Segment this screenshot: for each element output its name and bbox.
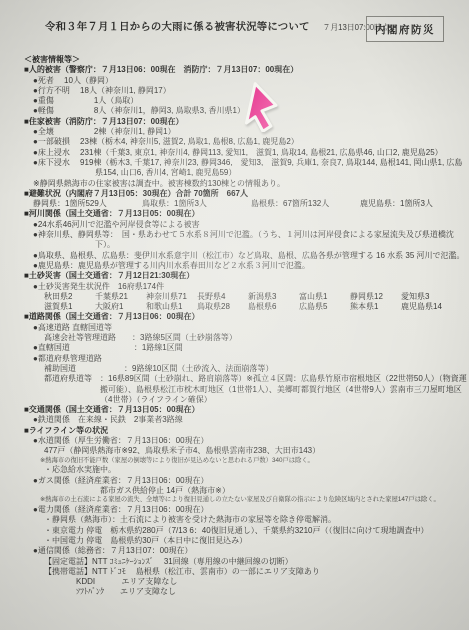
doc-line: ・応急給水実施中。 — [0, 465, 469, 475]
doc-line: ■河川関係（国土交通省：７月13日05：00現在） — [0, 209, 469, 219]
doc-cell: 新潟県3 — [248, 292, 299, 302]
doc-line: 【固定電話】NTT ｺﾐｭﾆｹｰｼｮﾝｽﾞ 31回線（専用線の中継回線の切断） — [0, 557, 469, 567]
doc-cell: 和歌山県1 — [146, 302, 197, 312]
doc-cell: 神奈川県71 — [146, 292, 197, 302]
doc-line: ●一部破損 23棟（栃木4, 神奈川5, 滋賀2, 鳥取1, 島根8, 広島1,… — [0, 137, 469, 147]
pink-cursor-arrow-icon — [233, 82, 289, 132]
doc-line: ●電力関係（経済産業省：７月13日06：00現在） — [0, 505, 469, 515]
doc-cell: 秋田県2 — [44, 292, 95, 302]
doc-line: ●床上浸水 231棟（千葉3, 東京1, 神奈川4, 静岡113, 愛知1, 滋… — [0, 148, 469, 158]
doc-line: ・静岡県（熱海市）：土石流により被害を受けた熱海市の家屋等を除き停電解消。 — [0, 515, 469, 525]
document-header: 令和３年７月１日からの大雨に係る被害状況等について７月13日07:00時点 内閣… — [0, 0, 469, 47]
doc-line: 都市ガス供給停止 14戸（熱海市※） — [0, 486, 469, 496]
doc-line: ●床下浸水 919棟（栃木3, 千葉17, 神奈川23, 静岡346, 愛知3,… — [0, 158, 469, 179]
doc-cell: 鹿児島県：1箇所3人 — [360, 199, 469, 209]
doc-cell: 滋賀県1 — [44, 302, 95, 312]
doc-line: 滋賀県1大阪府1和歌山県1鳥取県28島根県6広島県5熊本県1鹿児島県14 — [0, 302, 469, 312]
doc-line: ｿﾌﾄﾊﾞﾝｸ エリア支障なし — [0, 587, 469, 597]
doc-line: ■交通関係（国土交通省：７月13日05：00現在） — [0, 405, 469, 415]
doc-line: ●鹿児島県：鹿児島県が管理する川内川水系春田川など２水系３河川で氾濫。 — [0, 261, 469, 271]
doc-line: ・中国電力 停電 島根県約30戸（本日中に復旧見込み） — [0, 536, 469, 546]
page-title: 令和３年７月１日からの大雨に係る被害状況等について — [45, 22, 310, 33]
doc-cell: 愛知県3 — [401, 292, 452, 302]
doc-line: ■ライフライン等の状況 — [0, 426, 469, 436]
doc-cell: 大阪府1 — [95, 302, 146, 312]
doc-cell: 富山県1 — [299, 292, 350, 302]
doc-line: ■土砂災害（国土交通省：７月12日21:30現在） — [0, 271, 469, 281]
cabinet-office-badge: 内閣府防災 — [366, 16, 444, 42]
document-photo: 令和３年７月１日からの大雨に係る被害状況等について７月13日07:00時点 内閣… — [0, 0, 469, 630]
doc-line: 高速会社等管理道路 ：3路線5区間（土砂崩落等） — [0, 333, 469, 343]
doc-line: ＜被害情報等＞ — [0, 55, 469, 65]
doc-line: KDDI エリア支障なし — [0, 577, 469, 587]
doc-line: ●水道関係（厚生労働省：７月13日06：00現在） — [0, 436, 469, 446]
doc-line: ■人的被害（警察庁：７月13日06：00現在 消防庁：７月13日07：00現在） — [0, 65, 469, 75]
doc-cell: 長野県4 — [197, 292, 248, 302]
doc-line: ■避難状況（内閣府７月13日05：30現在）合計 70箇所 667人 — [0, 189, 469, 199]
doc-line: ●土砂災害発生状況件 16府県174件 — [0, 282, 469, 292]
doc-line: ●鉄道関係 在来線・民鉄 2事業者3路線 — [0, 415, 469, 425]
doc-line: 477戸（静岡県熱海市※92、鳥取県米子市4、島根県雲南市238、大田市143） — [0, 446, 469, 456]
doc-line: ●神奈川県、静岡県等： 国・県あわせて５水系８河川で氾濫。（うち、１河川は河岸侵… — [0, 230, 469, 251]
doc-line: ●ガス関係（経済産業省：７月13日06：00現在） — [0, 476, 469, 486]
doc-line: ●高速道路 直轄国道等 — [0, 323, 469, 333]
doc-cell: 鹿児島県14 — [401, 302, 452, 312]
doc-cell: 鳥取県：1箇所3人 — [142, 199, 251, 209]
doc-line: ●通信関係（総務省：７月13日07：00現在） — [0, 546, 469, 556]
doc-line: ●24水系46河川で氾濫や河岸侵食等による被害 — [0, 220, 469, 230]
doc-line: ●鳥取県、島根県、広島県：斐伊川水系意宇川（松江市）など鳥取、島根、広島各県が管… — [0, 251, 469, 261]
doc-line: 静岡県：1箇所529人鳥取県：1箇所3人島根県：67箇所132人鹿児島県：1箇所… — [0, 199, 469, 209]
doc-line: 都道府県道等 ：16県89区間（土砂崩れ、路肩崩落等）※孤立４区間：広島県竹原市… — [0, 374, 469, 405]
doc-line: 秋田県2千葉県21神奈川県71長野県4新潟県3富山県1静岡県12愛知県3 — [0, 292, 469, 302]
doc-cell: 島根県：67箇所132人 — [251, 199, 360, 209]
doc-cell: 鳥取県28 — [197, 302, 248, 312]
doc-line: 【携帯電話】NTT ﾄﾞｺﾓ 島根県（松江市、雲南市）の一部にエリア支障あり — [0, 567, 469, 577]
doc-line: ●都道府県管理道路 — [0, 354, 469, 364]
doc-line: ・東京電力 停電 栃木県約280戸（7/13 6：40復旧見通し）、千葉県約32… — [0, 526, 469, 536]
doc-line: ■道路関係（国土交通省：７月13日06：00現在） — [0, 312, 469, 322]
doc-line: ※静岡県熱海市の住家被害は調査中。被害棟数約130棟との情報あり。 — [0, 179, 469, 189]
doc-cell: 静岡県12 — [350, 292, 401, 302]
doc-line: ●直轄国道 ：1路線1区間 — [0, 343, 469, 353]
doc-line: 補助国道 ：9路線10区間（土砂流入、法面崩落等） — [0, 364, 469, 374]
doc-cell: 熊本県1 — [350, 302, 401, 312]
doc-line: ※熱海市の土石流による家屋の流失、全壊等により復旧見通しの立たない家屋及び自衛隊… — [0, 496, 469, 505]
doc-cell: 島根県6 — [248, 302, 299, 312]
doc-cell: 広島県5 — [299, 302, 350, 312]
doc-cell: 静岡県：1箇所529人 — [33, 199, 142, 209]
doc-cell: 千葉県21 — [95, 292, 146, 302]
